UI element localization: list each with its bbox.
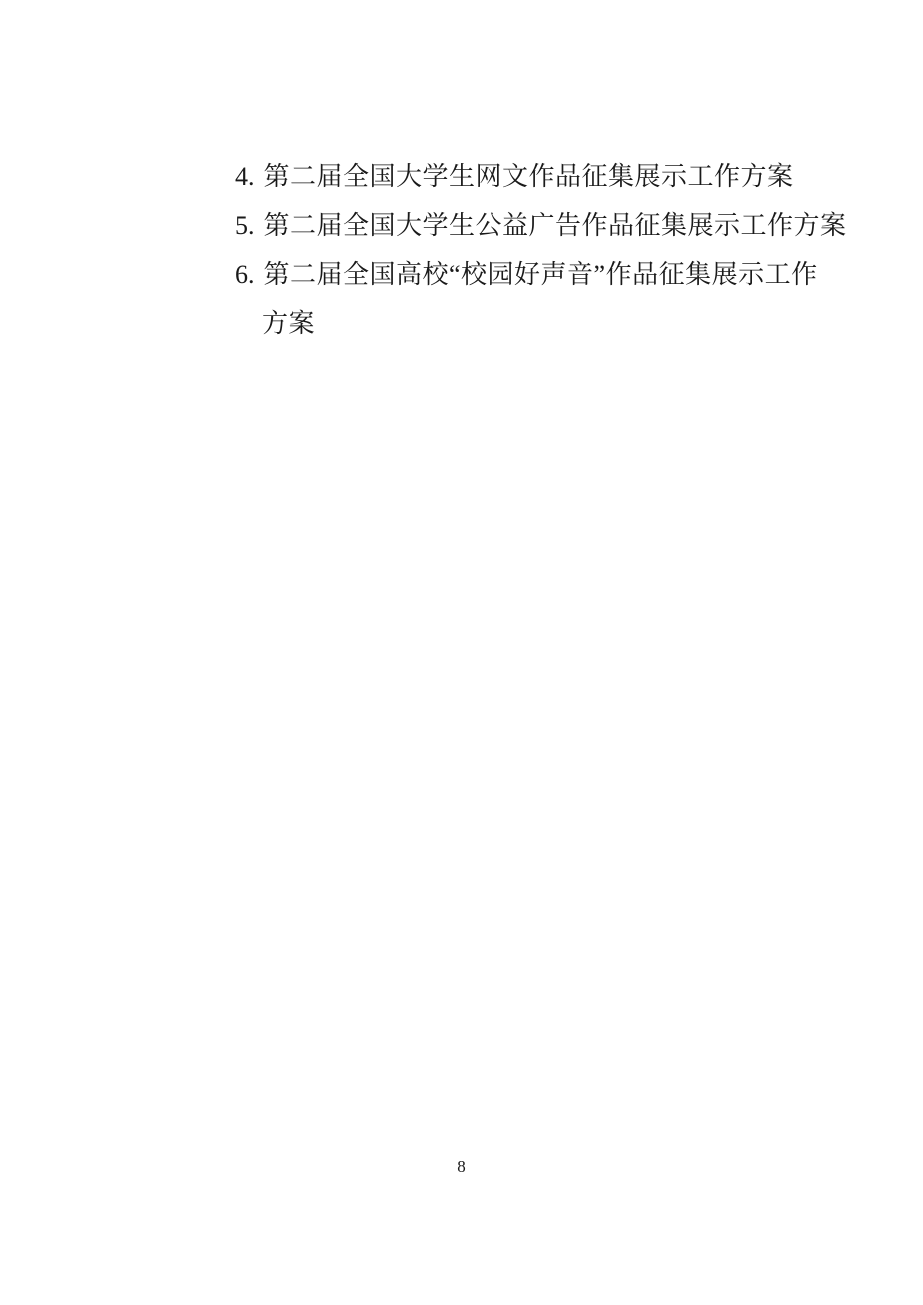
document-page: 4.第二届全国大学生网文作品征集展示工作方案 5.第二届全国大学生公益广告作品征… <box>0 0 923 1305</box>
list-item-6-text: 第二届全国高校“校园好声音”作品征集展示工作 <box>264 260 818 289</box>
list-item-5-number: 5. <box>235 201 255 250</box>
list-item-4-text: 第二届全国大学生网文作品征集展示工作方案 <box>264 162 794 191</box>
list-item-4: 4.第二届全国大学生网文作品征集展示工作方案 <box>235 152 835 201</box>
list-item-4-number: 4. <box>235 152 255 201</box>
list-item-6: 6.第二届全国高校“校园好声音”作品征集展示工作 <box>235 250 835 299</box>
document-body: 4.第二届全国大学生网文作品征集展示工作方案 5.第二届全国大学生公益广告作品征… <box>235 152 835 348</box>
list-item-6-number: 6. <box>235 250 255 299</box>
page-number: 8 <box>0 1156 923 1178</box>
list-item-5: 5.第二届全国大学生公益广告作品征集展示工作方案 <box>235 201 835 250</box>
list-item-5-text: 第二届全国大学生公益广告作品征集展示工作方案 <box>264 211 847 240</box>
list-item-6-continuation: 方案 <box>235 299 835 348</box>
